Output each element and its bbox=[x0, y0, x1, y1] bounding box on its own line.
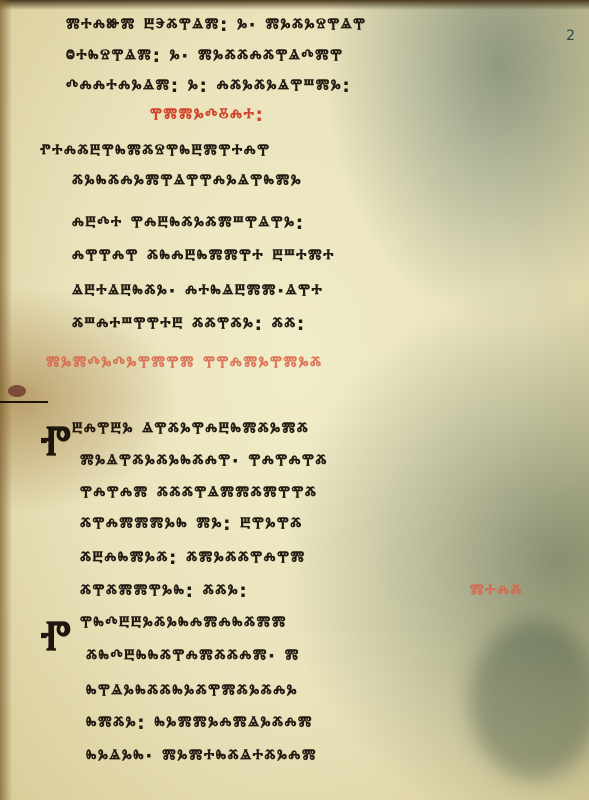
ink-stain bbox=[8, 385, 26, 397]
text-line: ⰶⰱⰾⰸⰿⰳⰶ: ⰶⰿⰳⰶⰶⰹⰾⰹⰿ bbox=[80, 547, 306, 569]
text-line: ⰸⰹⱑⰳⰸⰶⰶⰸⰳⰶⰹⰿⰶⰳⰶⰾⰳ bbox=[86, 680, 298, 702]
folio-number: 2 bbox=[566, 28, 575, 44]
text-line: ⰸⰿⰶⰳ: ⰸⰳⰿⰿⰳⰾⰿⱑⰳⰶⰾⰿ bbox=[86, 712, 313, 734]
rubric-heading: ⰹⰿⰿⰳⰴⰻⰾⰰ: bbox=[150, 104, 265, 126]
text-line: ⰹⰾⰹⰾⰿ ⰶⰶⰶⰹⱑⰿⰿⰶⰿⰹⰹⰶ bbox=[80, 482, 317, 504]
text-line: ⱂⰰⰾⰶⰱⰹⰸⰿⰶⱄⰹⰸⰱⰿⰹⰰⰾⰹ bbox=[40, 140, 271, 162]
page-top-edge bbox=[0, 0, 589, 10]
text-line: ⰴⰾⰾⰰⰾⰳⱑⰿ: ⰳ: ⰾⰶⰳⰶⰳⱑⰹⱎⰿⰳ: bbox=[66, 75, 351, 97]
page-left-edge bbox=[0, 0, 12, 800]
text-line: ⱉⰰⰸⱄⰹⱑⰿ: ⰳ· ⰿⰳⰶⰶⰾⰶⰹⱑⰴⰿⰹ bbox=[66, 45, 344, 67]
text-line: ⱑⰱⰰⱑⰱⰸⰶⰳ· ⰾⰰⰸⱑⰱⰿⰿ·ⱑⰹⰰ bbox=[72, 280, 323, 302]
decorated-initial: Ⱂ bbox=[40, 420, 71, 462]
text-line: ⰸⰳⱑⰳⰸ· ⰿⰳⰿⰰⰸⰶⱑⰰⰶⰳⰾⰿ bbox=[86, 745, 317, 767]
rubric-heading: ⰿⰳⰿⰴⰳⰴⰳⰹⰿⰹⰿ ⰹⰹⰾⰿⰳⰹⰿⰳⰶ bbox=[46, 352, 323, 374]
rubric-fragment: ⰿⰰⰾⰶ bbox=[470, 580, 523, 602]
text-line: ⰿⰰⰾⱆⰿ ⰱⰵⰶⰹⱑⰿ: ⰳ· ⰿⰳⰶⰳⱄⰹⱑⰹ bbox=[66, 14, 367, 36]
manuscript-page: 2 ⰿⰰⰾⱆⰿ ⰱⰵⰶⰹⱑⰿ: ⰳ· ⰿⰳⰶⰳⱄⰹⱑⰹ ⱉⰰⰸⱄⰹⱑⰿ: ⰳ· … bbox=[0, 0, 589, 800]
text-line: ⰶⰹⰶⰿⰿⰹⰳⰸ: ⰶⰶⰳ: bbox=[80, 580, 248, 602]
text-line: ⰱⰾⰹⰱⰳ ⱑⰹⰶⰳⰹⰾⰱⰸⰿⰶⰳⰿⰶ bbox=[72, 418, 309, 440]
text-line: ⰾⰱⰴⰰ ⰹⰾⰱⰸⰶⰳⰶⰿⱎⰹⱑⰹⰳ: bbox=[72, 212, 305, 234]
text-line: ⰶⰸⰴⰱⰸⰸⰶⰹⰾⰿⰶⰶⰾⰿ· ⰿ bbox=[86, 645, 300, 667]
decorated-initial: Ⱂ bbox=[40, 615, 71, 657]
text-line: ⰶⱎⰾⰰⱎⰹⰹⰰⰱ ⰶⰶⰹⰶⰳ: ⰶⰶ: bbox=[72, 313, 306, 335]
water-stain bbox=[470, 620, 589, 780]
text-line: ⰶⰹⰾⰿⰿⰿⰳⰸ ⰿⰳ: ⰱⰹⰳⰹⰶ bbox=[80, 513, 303, 535]
text-line: ⰶⰳⰸⰶⰾⰳⰿⰹⱑⰹⰹⰾⰳⱑⰹⰸⰿⰳ bbox=[72, 170, 302, 192]
text-line: ⰿⰳⱑⰹⰶⰳⰶⰳⰸⰶⰾⰹ· ⰹⰾⰹⰾⰹⰶ bbox=[80, 450, 328, 472]
text-line: ⰾⰹⰹⰾⰹ ⰶⰸⰾⰱⰸⰿⰿⰹⰰ ⰱⱎⰰⰿⰰ bbox=[72, 245, 335, 267]
margin-line bbox=[0, 401, 48, 403]
text-line: ⰹⰸⰴⰱⰱⰳⰶⰳⰸⰾⰿⰾⰸⰶⰿⰿ bbox=[80, 612, 287, 634]
